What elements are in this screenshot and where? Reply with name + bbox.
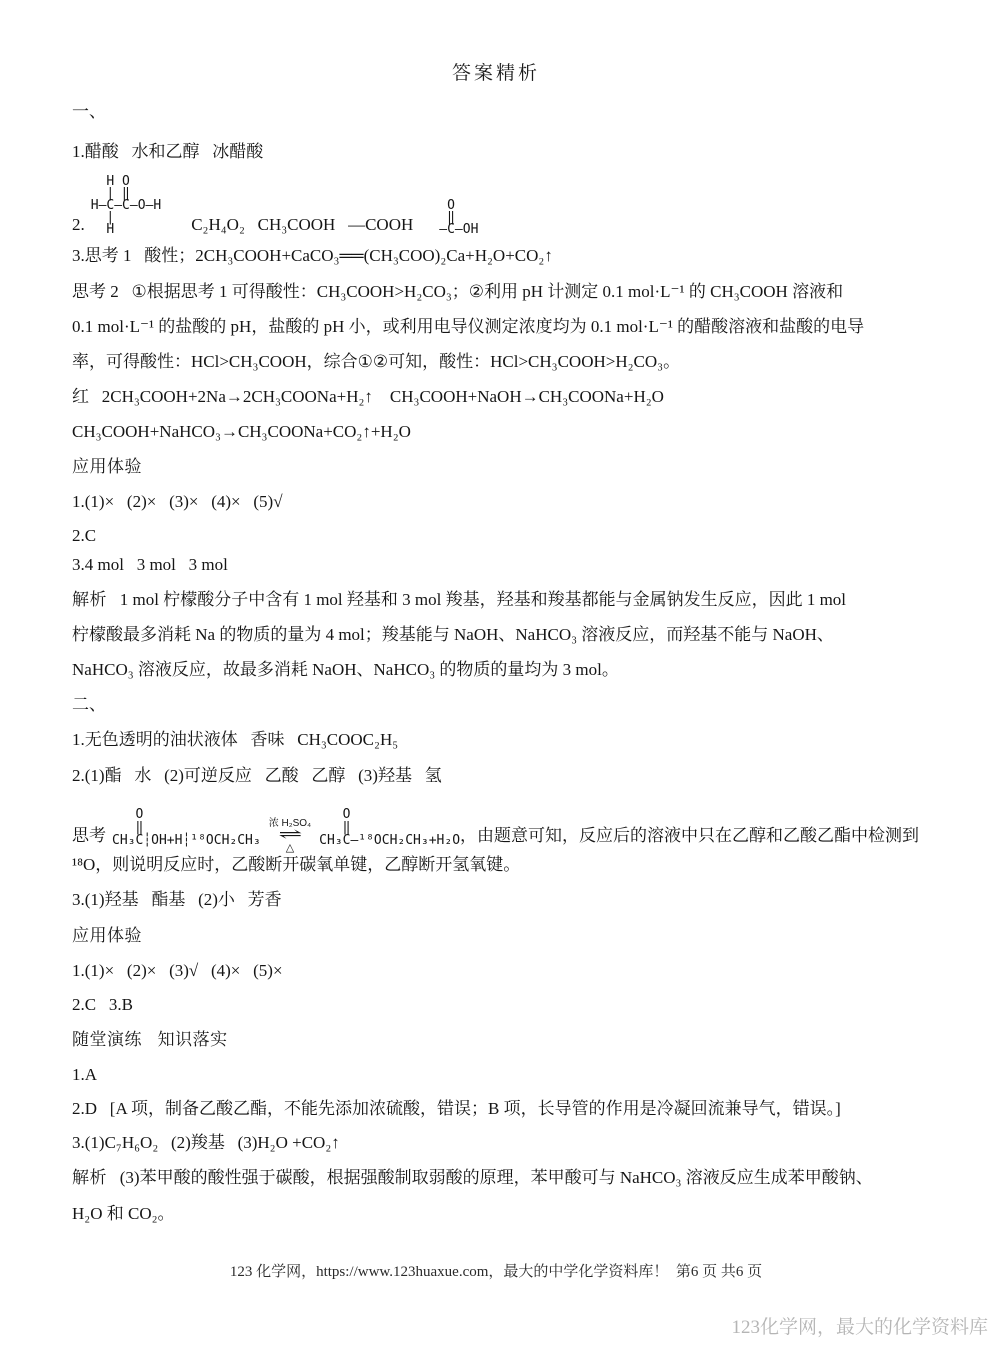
page-title: 答案精析 bbox=[0, 62, 992, 86]
part2-apply-answer-1: 1.(1)× (2)× (3)√ (4)× (5)× bbox=[72, 959, 283, 983]
part1-equation-nahco3: CH₃COOH+NaHCO₃→CH₃COONa+CO₂↑+H₂O bbox=[72, 420, 411, 444]
part2-apply-answer-2: 2.C 3.B bbox=[72, 993, 133, 1017]
equilibrium-arrows-icon: ⇌ bbox=[278, 829, 302, 842]
part2-think-row: 思考 O ‖ CH₃C┆OH+H┆¹⁸OCH₂CH₃ 浓 H₂SO₄ ⇌ △ O… bbox=[72, 808, 919, 847]
part1-apply-answer-3: 3.4 mol 3 mol 3 mol bbox=[72, 553, 228, 577]
esterification-products-structure: O ‖ CH₃C—¹⁸OCH₂CH₃+H₂O bbox=[319, 808, 460, 847]
part2-answer-3: 3.(1)羟基 酯基 (2)小 芳香 bbox=[72, 888, 282, 912]
part1-think2-line2: 0.1 mol·L⁻¹ 的盐酸的 pH，盐酸的 pH 小，或利用电导仪测定浓度均… bbox=[72, 315, 864, 339]
part1-apply-answer-2: 2.C bbox=[72, 524, 96, 548]
document-page: 答案精析 一、 1.醋酸 水和乙醇 冰醋酸 2. H O | ‖ H–C–C–O… bbox=[0, 0, 992, 1347]
part1-answer-1: 1.醋酸 水和乙醇 冰醋酸 bbox=[72, 140, 263, 164]
part1-analysis-line1: 解析 1 mol 柠檬酸分子中含有 1 mol 羟基和 3 mol 羧基，羟基和… bbox=[72, 588, 846, 612]
carboxyl-group-structural-formula: O ‖ —C—OH bbox=[439, 200, 478, 236]
part3-analysis-line1: 解析 (3)苯甲酸的酸性强于碳酸，根据强酸制取弱酸的原理，苯甲酸可与 NaHCO… bbox=[72, 1166, 873, 1190]
part1-think2-line3: 率，可得酸性：HCl>CH₃COOH，综合①②可知，酸性：HCl>CH₃COOH… bbox=[72, 350, 680, 374]
part1-analysis-line3: NaHCO₃ 溶液反应，故最多消耗 NaOH、NaHCO₃ 的物质的量均为 3 … bbox=[72, 658, 619, 682]
part1-apply-heading: 应用体验 bbox=[72, 455, 142, 479]
esterification-reactants-structure: O ‖ CH₃C┆OH+H┆¹⁸OCH₂CH₃ bbox=[112, 808, 261, 847]
think-tail-text: ，由题意可知，反应后的溶液中只在乙醇和乙酸乙酯中检测到 bbox=[460, 825, 919, 847]
think-label: 思考 bbox=[72, 825, 106, 847]
part3-answer-1: 1.A bbox=[72, 1063, 97, 1087]
analysis-text-line1: 1 mol 柠檬酸分子中含有 1 mol 羟基和 3 mol 羧基，羟基和羧基都… bbox=[107, 590, 846, 609]
part1-heading: 一、 bbox=[72, 100, 106, 124]
answer-2-number: 2. bbox=[72, 214, 85, 236]
analysis-label: 解析 bbox=[72, 590, 107, 609]
part3-answer-2: 2.D [A 项，制备乙酸乙酯，不能先添加浓硫酸，错误；B 项，长导管的作用是冷… bbox=[72, 1097, 841, 1121]
part3-heading: 随堂演练 知识落实 bbox=[72, 1028, 228, 1052]
part2-heading: 二、 bbox=[72, 693, 106, 717]
part1-answer-2-row: 2. H O | ‖ H–C–C–O–H | H C₂H₄O₂ CH₃COOH … bbox=[72, 176, 478, 236]
watermark: 123化学网，最大的化学资料库 bbox=[731, 1316, 988, 1340]
part1-apply-answer-1: 1.(1)× (2)× (3)× (4)× (5)√ bbox=[72, 490, 283, 514]
page-footer: 123 化学网，https://www.123huaxue.com，最大的中学化… bbox=[0, 1261, 992, 1283]
part2-think-line2: ¹⁸O，则说明反应时，乙酸断开碳氧单键，乙醇断开氢氧键。 bbox=[72, 853, 520, 877]
part1-think2-line1: 思考 2 ①根据思考 1 可得酸性：CH₃COOH>H₂CO₃；②利用 pH 计… bbox=[72, 280, 843, 304]
acetic-acid-structural-formula: H O | ‖ H–C–C–O–H | H bbox=[91, 176, 161, 236]
part3-analysis-line2: H₂O 和 CO₂。 bbox=[72, 1202, 175, 1226]
part1-equation-sodium: 红 2CH₃COOH+2Na→2CH₃COONa+H₂↑ CH₃COOH+NaO… bbox=[72, 385, 664, 409]
part1-analysis-line2: 柠檬酸最多消耗 Na 的物质的量为 4 mol；羧基能与 NaOH、NaHCO₃… bbox=[72, 623, 834, 647]
analysis-text-line1: (3)苯甲酸的酸性强于碳酸，根据强酸制取弱酸的原理，苯甲酸可与 NaHCO₃ 溶… bbox=[107, 1168, 873, 1187]
part2-apply-heading: 应用体验 bbox=[72, 924, 142, 948]
answer-2-formulas: C₂H₄O₂ CH₃COOH —COOH bbox=[191, 214, 413, 236]
part2-answer-1: 1.无色透明的油状液体 香味 CH₃COOC₂H₅ bbox=[72, 728, 398, 752]
reaction-conditions: 浓 H₂SO₄ ⇌ △ bbox=[269, 818, 311, 854]
part3-answer-3: 3.(1)C₇H₆O₂ (2)羧基 (3)H₂O +CO₂↑ bbox=[72, 1131, 340, 1155]
analysis-label: 解析 bbox=[72, 1168, 107, 1187]
part2-answer-2: 2.(1)酯 水 (2)可逆反应 乙酸 乙醇 (3)羟基 氢 bbox=[72, 764, 442, 788]
part1-answer-3-think1: 3.思考 1 酸性；2CH₃COOH+CaCO₃══(CH₃COO)₂Ca+H₂… bbox=[72, 244, 553, 268]
